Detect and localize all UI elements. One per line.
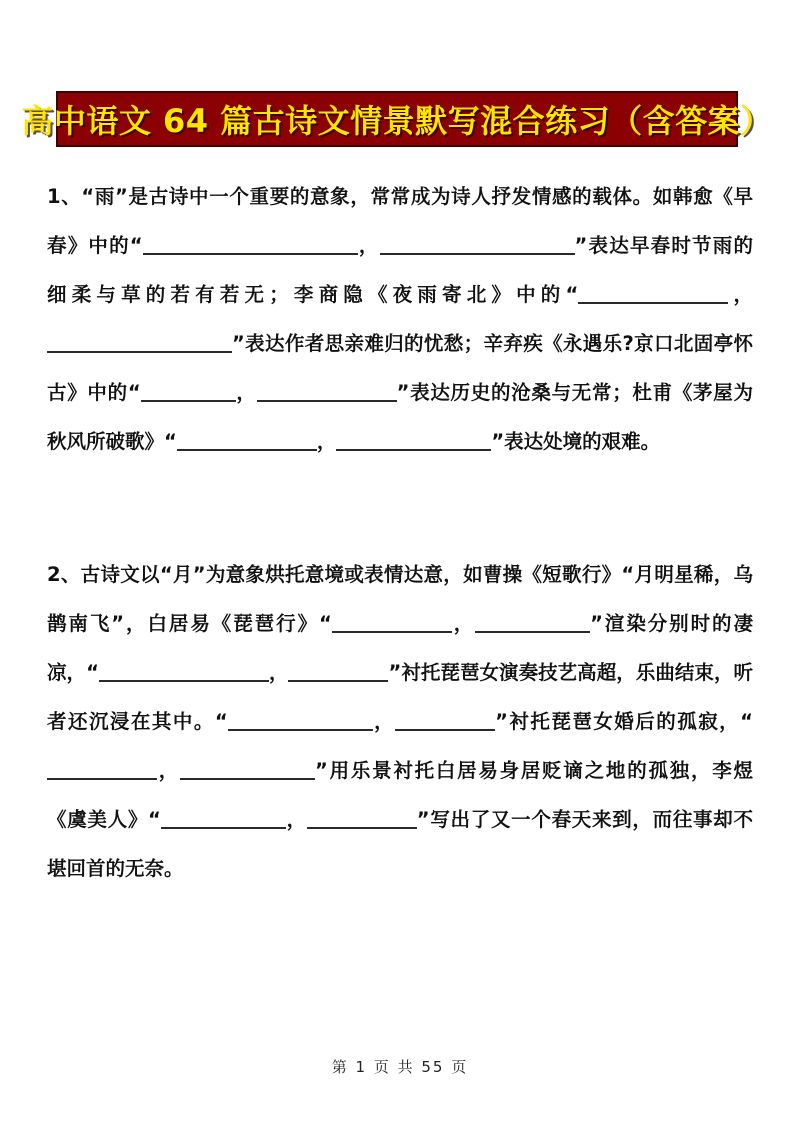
fill-in-blank-line xyxy=(177,449,317,451)
fill-in-blank-line xyxy=(257,400,397,402)
document-title: 高中语文 64 篇古诗文情景默写混合练习（含答案） xyxy=(21,96,772,142)
fill-in-blank-line xyxy=(180,778,315,780)
fill-in-blank-line xyxy=(475,631,590,633)
paragraph-text: ”衬托琵琶女婚后的孤寂，“ xyxy=(495,710,753,733)
fill-in-blank-line xyxy=(288,680,388,682)
fill-in-blank-line xyxy=(47,778,157,780)
paragraph-text: ， xyxy=(157,759,180,782)
paragraph-text: ， xyxy=(317,430,337,453)
fill-in-blank-line xyxy=(228,729,373,731)
fill-in-blank-line xyxy=(336,449,491,451)
fill-in-blank-line xyxy=(395,729,495,731)
page-number-label: 第 1 页 共 55 页 xyxy=(332,1058,468,1076)
fill-in-blank-line xyxy=(141,400,236,402)
page-footer: 第 1 页 共 55 页 xyxy=(0,1056,800,1077)
paragraph-text: ， xyxy=(269,661,289,684)
document-page: 高中语文 64 篇古诗文情景默写混合练习（含答案） 1、“雨”是古诗中一个重要的… xyxy=(0,0,800,1132)
fill-in-blank-line xyxy=(161,827,286,829)
fill-in-blank-line xyxy=(99,680,269,682)
exercise-content: 1、“雨”是古诗中一个重要的意象，常常成为诗人抒发情感的载体。如韩愈《早春》中的… xyxy=(47,172,753,893)
title-banner: 高中语文 64 篇古诗文情景默写混合练习（含答案） xyxy=(56,91,738,147)
exercise-paragraph: 1、“雨”是古诗中一个重要的意象，常常成为诗人抒发情感的载体。如韩愈《早春》中的… xyxy=(47,172,753,466)
paragraph-text: ， xyxy=(373,710,395,733)
fill-in-blank-line xyxy=(47,351,232,353)
fill-in-blank-line xyxy=(143,253,358,255)
paragraph-text: ， xyxy=(236,381,257,404)
paragraph-text: ， xyxy=(286,808,307,831)
paragraph-text: ， xyxy=(728,283,753,306)
fill-in-blank-line xyxy=(380,253,575,255)
paragraph-text: ， xyxy=(452,612,475,635)
fill-in-blank-line xyxy=(307,827,417,829)
paragraph-text: ， xyxy=(358,234,380,257)
paragraph-text: ”表达处境的艰难。 xyxy=(491,430,660,453)
exercise-paragraph: 2、古诗文以“月”为意象烘托意境或表情达意，如曹操《短歌行》“月明星稀，乌鹊南飞… xyxy=(47,550,753,893)
paragraph-text: ”表达早春时节雨的细柔与草的若有若无；李商隐《夜雨寄北》中的“ xyxy=(47,234,753,306)
fill-in-blank-line xyxy=(332,631,452,633)
fill-in-blank-line xyxy=(578,302,728,304)
